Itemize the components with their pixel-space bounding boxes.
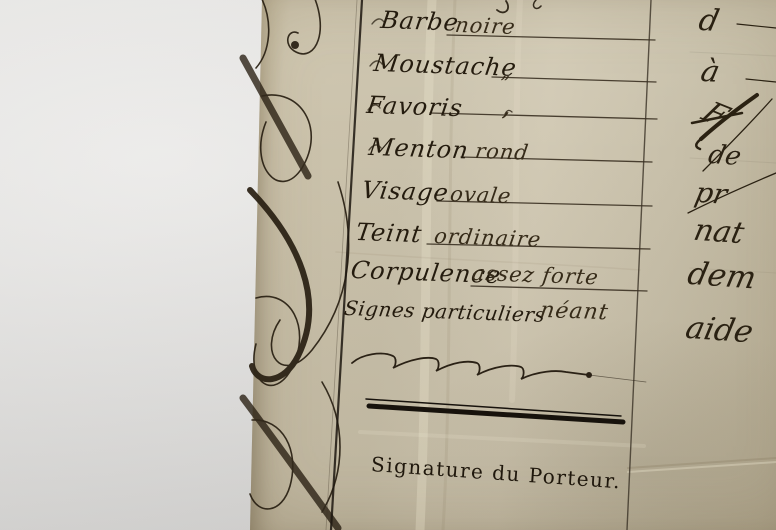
fragment-dem: dem (684, 256, 759, 296)
row-label-teint: Teint (354, 218, 424, 248)
row-value-corpulence: assez forte (471, 261, 601, 289)
fragment-de: de (706, 140, 744, 172)
photo-scene: Barbe noire Moustache „ Favoris , Menton… (0, 0, 776, 530)
row-label-menton: Menton (367, 133, 471, 164)
fragment-aide: aide (682, 310, 756, 350)
row-label-barbe: Barbe (379, 6, 461, 37)
row-value-barbe: noire (454, 13, 518, 39)
row-value-menton: rond (474, 139, 531, 165)
row-label-visage: Visage (360, 176, 451, 207)
row-label-moustache: Moustache (372, 49, 519, 82)
row-value-signes-particuliers: néant (539, 298, 611, 325)
row-label-favoris: Favoris (365, 91, 465, 122)
double-rule (366, 399, 623, 422)
row-value-teint: ordinaire (433, 224, 543, 252)
row-value-visage: ovale (449, 182, 513, 208)
fragment-nat: nat (691, 213, 747, 251)
closing-squiggle (352, 354, 646, 382)
